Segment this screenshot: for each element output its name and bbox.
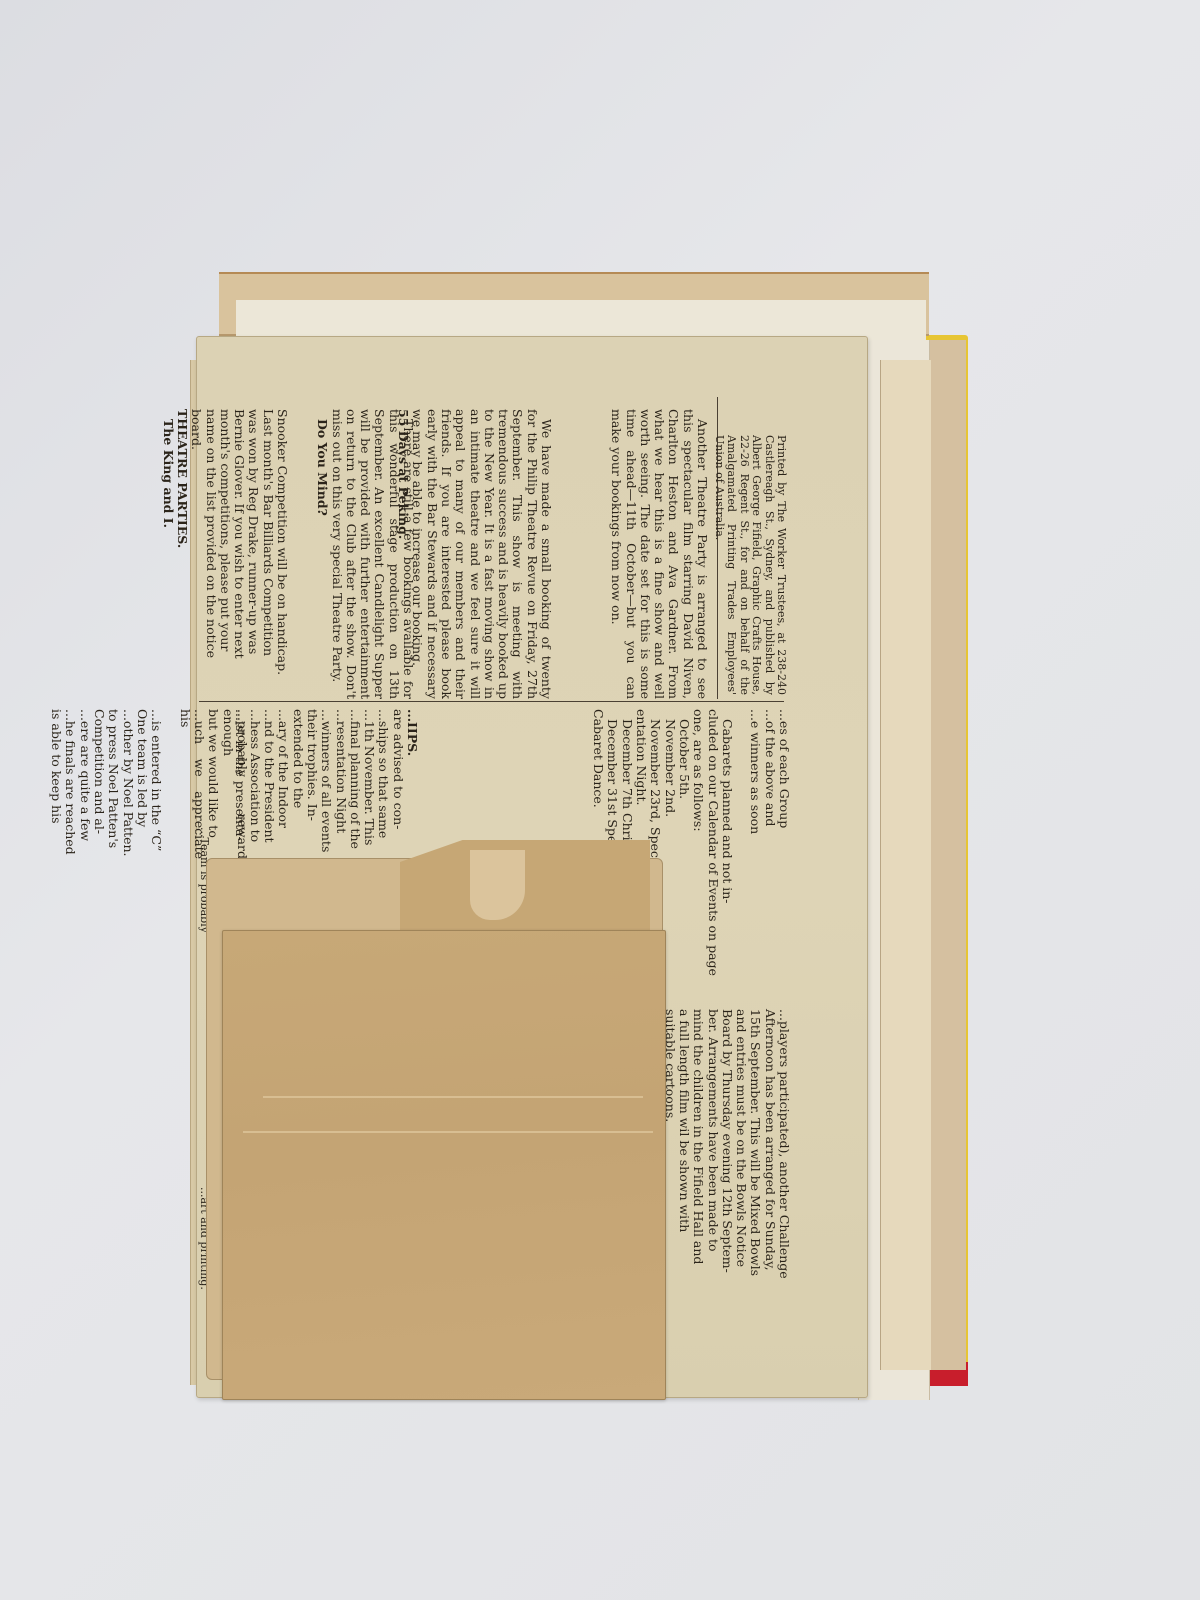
card-crease [243, 1131, 653, 1133]
column-bowls: ...players participated), another Challe… [662, 1009, 791, 1329]
heading-theatre-parties: THEATRE PARTIES. [175, 409, 189, 699]
subheading-do-you-mind: Do You Mind? [315, 409, 329, 699]
printer-imprint: Printed by The Worker Trustees, at 238-2… [713, 435, 787, 695]
column-snooker: Snooker Competition will be on handicap.… [160, 409, 289, 699]
column-divider [199, 701, 784, 702]
subheading-55-days: 55 Days at Peking. [396, 409, 410, 699]
envelope-tear [470, 850, 525, 920]
white-sheet-top-edge [236, 300, 926, 340]
column-do-you-mind: We have made a small booking of twenty f… [396, 409, 553, 699]
subheading-king-and-i: The King and I. [160, 409, 174, 699]
column-championships-fragment: ...IIPS. are advised to con- ...ships so… [233, 709, 419, 859]
column-team-fragment: ...probably reward enough but we would l… [49, 709, 249, 859]
envelope-card [222, 930, 666, 1400]
column-55-days: Another Theatre Party is arranged to see… [609, 409, 709, 699]
card-crease [263, 1096, 643, 1098]
cream-sheet-edge [880, 360, 931, 1370]
